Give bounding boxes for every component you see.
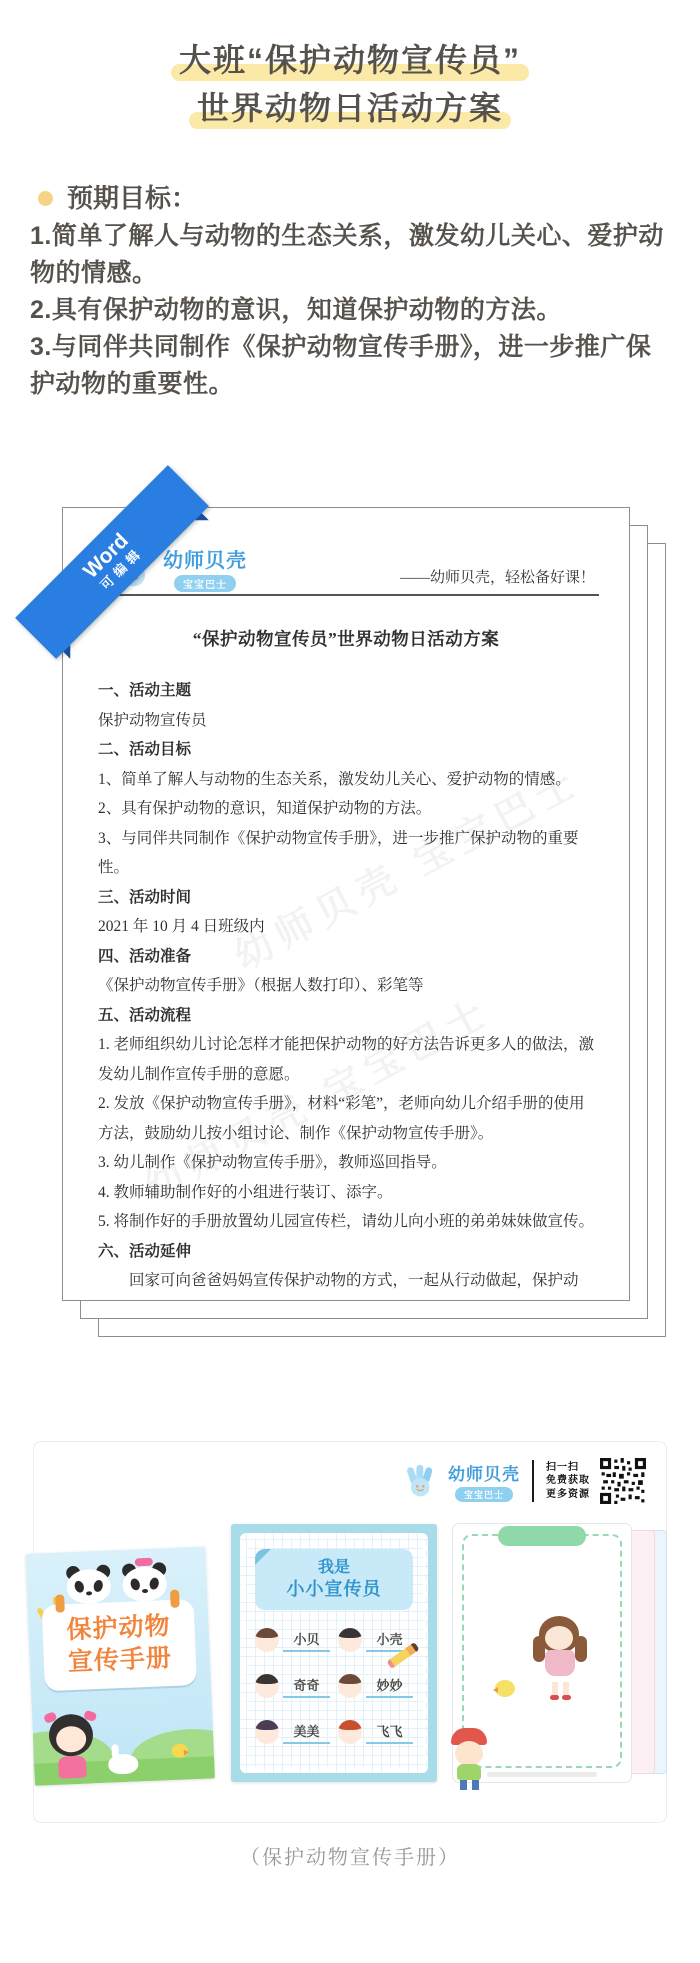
sign-peg [55,1594,65,1612]
handbook-pages-row: 保护动物 宣传手册 我是 小小宣传员 [34,1524,666,1822]
title-highlight-2: 世界动物日活动方案 [191,84,509,132]
doc-paragraph: 2. 发放《保护动物宣传手册》，材料“彩笔”，老师向幼儿介绍手册的使用方法，鼓励… [98,1089,596,1148]
green-tab [498,1526,586,1546]
page-title-line2: 世界动物日活动方案 [0,84,700,132]
kid-avatar [338,1720,362,1744]
panda-icon [65,1564,113,1606]
doc-paragraph: 《保护动物宣传手册》（根据人数打印）、彩笔等 [98,971,596,1001]
qr-code [600,1458,646,1504]
goals-section: 预期目标： 1.简单了解人与动物的生态关系，激发幼儿关心、爱护动物的情感。 2.… [30,178,670,403]
handbook-cover-page: 保护动物 宣传手册 [25,1546,215,1785]
roster-name-row: 妙妙 [338,1674,413,1698]
roster-name-row: 美美 [255,1720,330,1744]
doc-paragraph: 5. 将制作好的手册放置幼儿园宣传栏，请幼儿向小班的弟弟妹妹做宣传。 [98,1207,596,1237]
panda-with-bow-icon [121,1562,169,1604]
brand-text-column: 幼师贝壳 宝宝巴士 [163,544,247,592]
goal-item: 1.简单了解人与动物的生态关系，激发幼儿关心、爱护动物的情感。 [30,218,670,292]
roster-names-grid: 小贝 小壳 奇奇 妙妙 [255,1628,413,1744]
kid-avatar [255,1674,279,1698]
brand-name: 幼师贝壳 [163,544,247,573]
doc-paragraph: 3、与同伴共同制作《保护动物宣传手册》，进一步推广保护动物的重要性。 [98,824,596,883]
kid-name: 美美 [283,1721,330,1744]
brand-logo-icon [404,1464,438,1498]
doc-section-heading: 一、活动主题 [98,676,596,706]
handbook-gallery-card: 幼师贝壳 宝宝巴士 扫一扫 免费获取 更多资源 [33,1441,667,1823]
crayon-chick-illustration [495,1680,515,1697]
kid-name: 妙妙 [366,1675,413,1698]
handbook-drawing-page [453,1524,665,1782]
kid-avatar [338,1628,362,1652]
roster-panel: 我是 小小宣传员 小贝 小壳 奇奇 [240,1533,428,1773]
roster-title-line2: 小小宣传员 [259,1578,409,1601]
bullet-dot-icon [38,191,53,206]
kid-avatar [255,1720,279,1744]
roster-name-row: 小壳 [338,1628,413,1652]
doc-paragraph: 2、具有保护动物的意识，知道保护动物的方法。 [98,794,596,824]
goal-item: 3.与同伴共同制作《保护动物宣传手册》，进一步推广保护动物的重要性。 [30,329,670,403]
doc-body: 一、活动主题 保护动物宣传员 二、活动目标 1、简单了解人与动物的生态关系，激发… [98,676,596,1300]
kid-name: 奇奇 [283,1675,330,1698]
goals-heading: 预期目标： [67,178,197,218]
doc-paragraph: 保护动物宣传员 [98,706,596,736]
roster-name-row: 奇奇 [255,1674,330,1698]
kid-avatar [338,1674,362,1698]
doc-section-heading: 三、活动时间 [98,883,596,913]
kid-name: 飞飞 [366,1721,413,1744]
doc-section-heading: 四、活动准备 [98,942,596,972]
gallery-brand-row: 幼师贝壳 宝宝巴士 扫一扫 免费获取 更多资源 [34,1442,666,1504]
doc-title: “保护动物宣传员”世界动物日活动方案 [63,626,629,651]
cover-title-sign: 保护动物 宣传手册 [42,1599,197,1691]
brand-text-column: 幼师贝壳 宝宝巴士 [448,1460,520,1502]
qr-caption-line: 免费获取 [546,1474,590,1488]
tiny-caption-bar [487,1772,597,1777]
handbook-roster-page: 我是 小小宣传员 小贝 小壳 奇奇 [231,1524,437,1782]
title-highlight-1: 大班“保护动物宣传员” [173,36,527,84]
doc-section-heading: 二、活动目标 [98,735,596,765]
page-header: 大班“保护动物宣传员” 世界动物日活动方案 [0,0,700,132]
qr-caption-line: 更多资源 [546,1488,590,1502]
doc-section-heading: 五、活动流程 [98,1001,596,1031]
cover-title-line2: 宣传手册 [45,1641,194,1679]
doc-paragraph: 1、简单了解人与动物的生态关系，激发幼儿关心、爱护动物的情感。 [98,765,596,795]
brand-badge: 宝宝巴士 [455,1487,513,1502]
kid-name: 小贝 [283,1629,330,1652]
doc-paragraph: 1. 老师组织幼儿讨论怎样才能把保护动物的好方法告诉更多人的做法，激发幼儿制作宣… [98,1030,596,1089]
boy-illustration [447,1728,493,1790]
doc-header-rule [93,594,599,596]
girl-illustration [42,1713,101,1779]
kid-avatar [255,1628,279,1652]
doc-paragraph: 回家可向爸爸妈妈宣传保护动物的方式，一起从行动做起，保护动物。 [98,1266,596,1300]
drawing-sheet [453,1524,631,1782]
goal-item: 2.具有保护动物的意识，知道保护动物的方法。 [30,292,670,329]
roster-name-row: 飞飞 [338,1720,413,1744]
document-content: 幼师贝壳 宝宝巴士 ——幼师贝壳，轻松备好课！ “保护动物宣传员”世界动物日活动… [63,508,629,1300]
crayon-girl-illustration [533,1616,591,1704]
sign-peg [170,1590,180,1608]
doc-section-heading: 六、活动延伸 [98,1237,596,1267]
roster-title-box: 我是 小小宣传员 [255,1549,413,1610]
brand-name: 幼师贝壳 [448,1460,520,1485]
brand-badge: 宝宝巴士 [174,575,236,592]
qr-caption: 扫一扫 免费获取 更多资源 [546,1461,590,1502]
doc-paragraph: 4. 教师辅助制作好的小组进行装订、添字。 [98,1178,596,1208]
document-front-page: 幼师贝壳 宝宝巴士 ——幼师贝壳，轻松备好课！ “保护动物宣传员”世界动物日活动… [62,507,630,1301]
doc-tagline: ——幼师贝壳，轻松备好课！ [400,566,595,587]
gallery-caption: （保护动物宣传手册） [0,1841,700,1870]
qr-caption-line: 扫一扫 [546,1461,590,1475]
roster-title-line1: 我是 [259,1558,409,1578]
document-preview-stack: 幼师贝壳 宝宝巴士 ——幼师贝壳，轻松备好课！ “保护动物宣传员”世界动物日活动… [62,507,666,1341]
page-title-line1: 大班“保护动物宣传员” [0,36,700,84]
roster-name-row: 小贝 [255,1628,330,1652]
goals-heading-row: 预期目标： [30,178,670,218]
vertical-divider [532,1460,534,1502]
doc-paragraph: 3. 幼儿制作《保护动物宣传手册》，教师巡回指导。 [98,1148,596,1178]
doc-paragraph: 2021 年 10 月 4 日班级内 [98,912,596,942]
